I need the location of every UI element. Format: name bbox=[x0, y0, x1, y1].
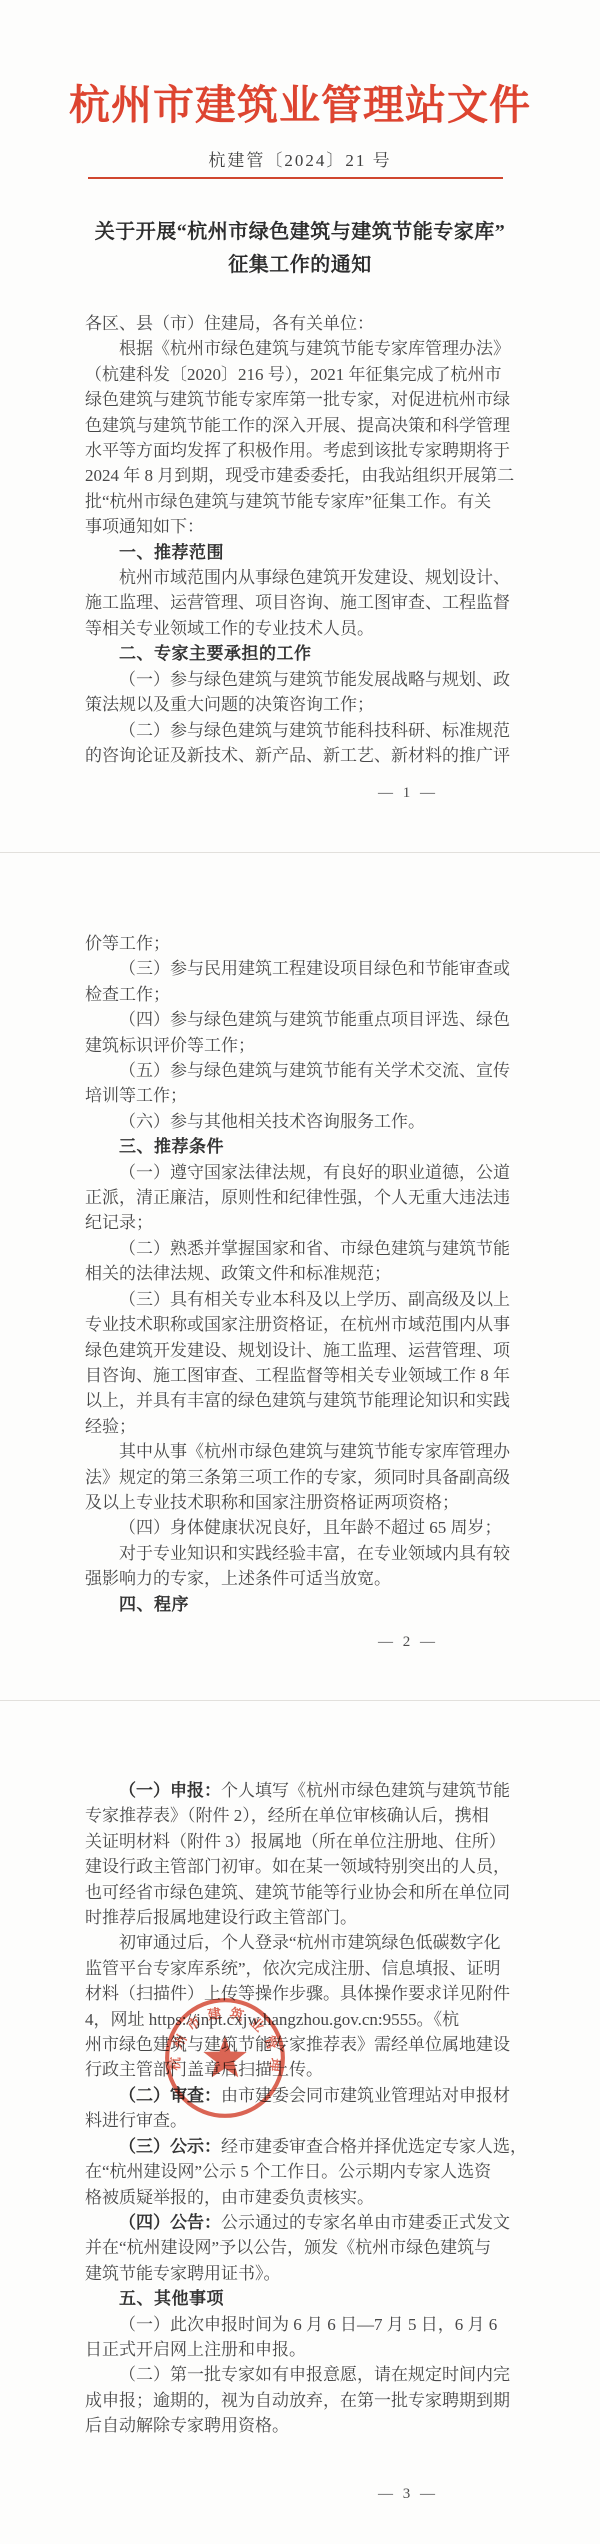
body-line: 以上，并具有丰富的绿色建筑与建筑节能理论知识和实践 bbox=[85, 1388, 525, 1413]
body-line: 建筑标识评价等工作； bbox=[85, 1033, 525, 1058]
body-line: 水平等方面均发挥了积极作用。考虑到该批专家聘期将于 bbox=[85, 438, 525, 463]
page-number-2: — 2 — bbox=[378, 1634, 438, 1651]
body-line: 时推荐后报属地建设行政主管部门。 bbox=[85, 1905, 525, 1930]
body-line: 培训等工作； bbox=[85, 1083, 525, 1108]
body-line: 及以上专业技术职称和国家注册资格证两项资格； bbox=[85, 1490, 525, 1515]
header-divider-line bbox=[88, 177, 503, 179]
body-line: 策法规以及重大问题的决策咨询工作； bbox=[85, 692, 525, 717]
body-line: （一）遵守国家法律法规，有良好的职业道德，公道 bbox=[85, 1160, 525, 1185]
body-line: （三）公示：经市建委审查合格并择优选定专家人选， bbox=[85, 2134, 525, 2159]
body-line: 初审通过后，个人登录“杭州市建筑绿色低碳数字化 bbox=[85, 1930, 525, 1955]
issuing-authority-header: 杭州市建筑业管理站文件 bbox=[0, 72, 600, 131]
body-line: （二）第一批专家如有申报意愿，请在规定时间内完 bbox=[85, 2362, 525, 2387]
body-line: 监管平台专家库系统”，依次完成注册、信息填报、证明 bbox=[85, 1956, 525, 1981]
body-line: 绿色建筑开发建设、规划设计、施工监理、运营管理、项 bbox=[85, 1338, 525, 1363]
document-title-line-1: 关于开展“杭州市绿色建筑与建筑节能专家库” bbox=[0, 216, 600, 249]
body-line: （三）具有相关专业本科及以上学历、副高级及以上 bbox=[85, 1287, 525, 1312]
document-page-1: 杭州市建筑业管理站文件 杭建管〔2024〕21 号 关于开展“杭州市绿色建筑与建… bbox=[0, 0, 600, 852]
body-line: 正派，清正廉洁，原则性和纪律性强，个人无重大违法违 bbox=[85, 1185, 525, 1210]
body-line: 经验； bbox=[85, 1414, 525, 1439]
bold-run-in-label: （二）审查： bbox=[119, 2086, 221, 2105]
body-line: 施工监理、运营管理、项目咨询、施工图审查、工程监督 bbox=[85, 590, 525, 615]
body-line: 其中从事《杭州市绿色建筑与建筑节能专家库管理办 bbox=[85, 1439, 525, 1464]
scanned-official-document: 杭州市建筑业管理站文件 杭建管〔2024〕21 号 关于开展“杭州市绿色建筑与建… bbox=[0, 0, 600, 2544]
bold-run-in-label: （一）申报： bbox=[119, 1781, 221, 1800]
body-line: 绿色建筑与建筑节能专家库第一批专家，对促进杭州市绿 bbox=[85, 387, 525, 412]
body-line: （三）参与民用建筑工程建设项目绿色和节能审查或 bbox=[85, 956, 525, 981]
body-line: 法》规定的第三条第三项工作的专家，须同时具备副高级 bbox=[85, 1465, 525, 1490]
body-line: 后自动解除专家聘用资格。 bbox=[85, 2413, 525, 2438]
body-line: 目咨询、施工图审查、工程监督等相关专业领域工作 8 年 bbox=[85, 1363, 525, 1388]
body-line: （二）参与绿色建筑与建筑节能科技科研、标准规范 bbox=[85, 718, 525, 743]
body-line: （四）参与绿色建筑与建筑节能重点项目评选、绿色 bbox=[85, 1007, 525, 1032]
body-line: （四）身体健康状况良好，且年龄不超过 65 周岁； bbox=[85, 1515, 525, 1540]
document-title-line-2: 征集工作的通知 bbox=[0, 249, 600, 282]
section-heading: 五、其他事项 bbox=[85, 2286, 525, 2311]
body-line: 事项通知如下： bbox=[85, 514, 525, 539]
body-line: 的咨询论证及新技术、新产品、新工艺、新材料的推广评 bbox=[85, 743, 525, 768]
body-line: 批“杭州市绿色建筑与建筑节能专家库”征集工作。有关 bbox=[85, 489, 525, 514]
section-heading: 三、推荐条件 bbox=[85, 1134, 525, 1159]
body-line: 色建筑与建筑节能工作的深入开展、提高决策和科学管理 bbox=[85, 413, 525, 438]
body-line: 强影响力的专家，上述条件可适当放宽。 bbox=[85, 1566, 525, 1591]
body-line: （一）此次申报时间为 6 月 6 日—7 月 5 日，6 月 6 bbox=[85, 2312, 525, 2337]
body-line: 纪记录； bbox=[85, 1210, 525, 1235]
body-line: 相关的法律法规、政策文件和标准规范； bbox=[85, 1261, 525, 1286]
body-line: 也可经省市绿色建筑、建筑节能等行业协会和所在单位同 bbox=[85, 1880, 525, 1905]
body-line: 根据《杭州市绿色建筑与建筑节能专家库管理办法》 bbox=[85, 336, 525, 361]
body-line: 杭州市域范围内从事绿色建筑开发建设、规划设计、 bbox=[85, 565, 525, 590]
body-line: 日正式开启网上注册和申报。 bbox=[85, 2337, 525, 2362]
body-line: 专业技术职称或国家注册资格证，在杭州市域范围内从事 bbox=[85, 1312, 525, 1337]
body-line: 建筑节能专家聘用证书》。 bbox=[85, 2261, 525, 2286]
section-heading: 一、推荐范围 bbox=[85, 540, 525, 565]
body-line: 检查工作； bbox=[85, 982, 525, 1007]
page-2-body: 价等工作；（三）参与民用建筑工程建设项目绿色和节能审查或检查工作；（四）参与绿色… bbox=[85, 931, 525, 1617]
body-line: 材料（扫描件）上传等操作步骤。具体操作要求详见附件 bbox=[85, 1981, 525, 2006]
body-line: （一）参与绿色建筑与建筑节能发展战略与规划、政 bbox=[85, 667, 525, 692]
document-page-3: （一）申报：个人填写《杭州市绿色建筑与建筑节能专家推荐表》（附件 2），经所在单… bbox=[0, 1700, 600, 2544]
body-line: 专家推荐表》（附件 2），经所在单位审核确认后，携相 bbox=[85, 1803, 525, 1828]
page-3-body: （一）申报：个人填写《杭州市绿色建筑与建筑节能专家推荐表》（附件 2），经所在单… bbox=[85, 1778, 525, 2439]
body-line: 州市绿色建筑与建筑节能专家推荐表》需经单位属地建设 bbox=[85, 2032, 525, 2057]
body-line: （二）审查：由市建委会同市建筑业管理站对申报材 bbox=[85, 2083, 525, 2108]
body-line: 并在“杭州建设网”予以公告，颁发《杭州市绿色建筑与 bbox=[85, 2235, 525, 2260]
body-line: 格被质疑举报的，由市建委负责核实。 bbox=[85, 2185, 525, 2210]
body-line: 各区、县（市）住建局，各有关单位： bbox=[85, 311, 525, 336]
section-heading: 二、专家主要承担的工作 bbox=[85, 641, 525, 666]
body-line: （一）申报：个人填写《杭州市绿色建筑与建筑节能 bbox=[85, 1778, 525, 1803]
body-line: （五）参与绿色建筑与建筑节能有关学术交流、宣传 bbox=[85, 1058, 525, 1083]
body-line: 价等工作； bbox=[85, 931, 525, 956]
body-line: （杭建科发〔2020〕216 号），2021 年征集完成了杭州市 bbox=[85, 362, 525, 387]
body-line: 关证明材料（附件 3）报属地（所在单位注册地、住所） bbox=[85, 1829, 525, 1854]
body-line: （四）公告：公示通过的专家名单由市建委正式发文 bbox=[85, 2210, 525, 2235]
bold-run-in-label: （三）公示： bbox=[119, 2137, 221, 2156]
body-line: （二）熟悉并掌握国家和省、市绿色建筑与建筑节能 bbox=[85, 1236, 525, 1261]
document-reference-number: 杭建管〔2024〕21 号 bbox=[0, 146, 600, 171]
page-number-3: — 3 — bbox=[378, 2486, 438, 2503]
body-line: 料进行审查。 bbox=[85, 2108, 525, 2133]
document-page-2: 价等工作；（三）参与民用建筑工程建设项目绿色和节能审查或检查工作；（四）参与绿色… bbox=[0, 852, 600, 1700]
body-line: 在“杭州建设网”公示 5 个工作日。公示期内专家人选资 bbox=[85, 2159, 525, 2184]
page-1-body: 各区、县（市）住建局，各有关单位：根据《杭州市绿色建筑与建筑节能专家库管理办法》… bbox=[85, 311, 525, 768]
body-line: 成申报；逾期的，视为自动放弃，在第一批专家聘期到期 bbox=[85, 2388, 525, 2413]
body-line: 4，网址 https://jnpt.cxjw.hangzhou.gov.cn:9… bbox=[85, 2007, 525, 2032]
page-number-1: — 1 — bbox=[378, 785, 438, 802]
body-line: 2024 年 8 月到期，现受市建委委托，由我站组织开展第二 bbox=[85, 463, 525, 488]
body-line: 行政主管部门盖章后扫描上传。 bbox=[85, 2057, 525, 2082]
body-line: （六）参与其他相关技术咨询服务工作。 bbox=[85, 1109, 525, 1134]
document-title: 关于开展“杭州市绿色建筑与建筑节能专家库” 征集工作的通知 bbox=[0, 216, 600, 282]
body-line: 对于专业知识和实践经验丰富，在专业领域内具有较 bbox=[85, 1541, 525, 1566]
body-line: 等相关专业领域工作的专业技术人员。 bbox=[85, 616, 525, 641]
section-heading: 四、程序 bbox=[85, 1592, 525, 1617]
body-line: 建设行政主管部门初审。如在某一领域特别突出的人员， bbox=[85, 1854, 525, 1879]
bold-run-in-label: （四）公告： bbox=[119, 2213, 221, 2232]
